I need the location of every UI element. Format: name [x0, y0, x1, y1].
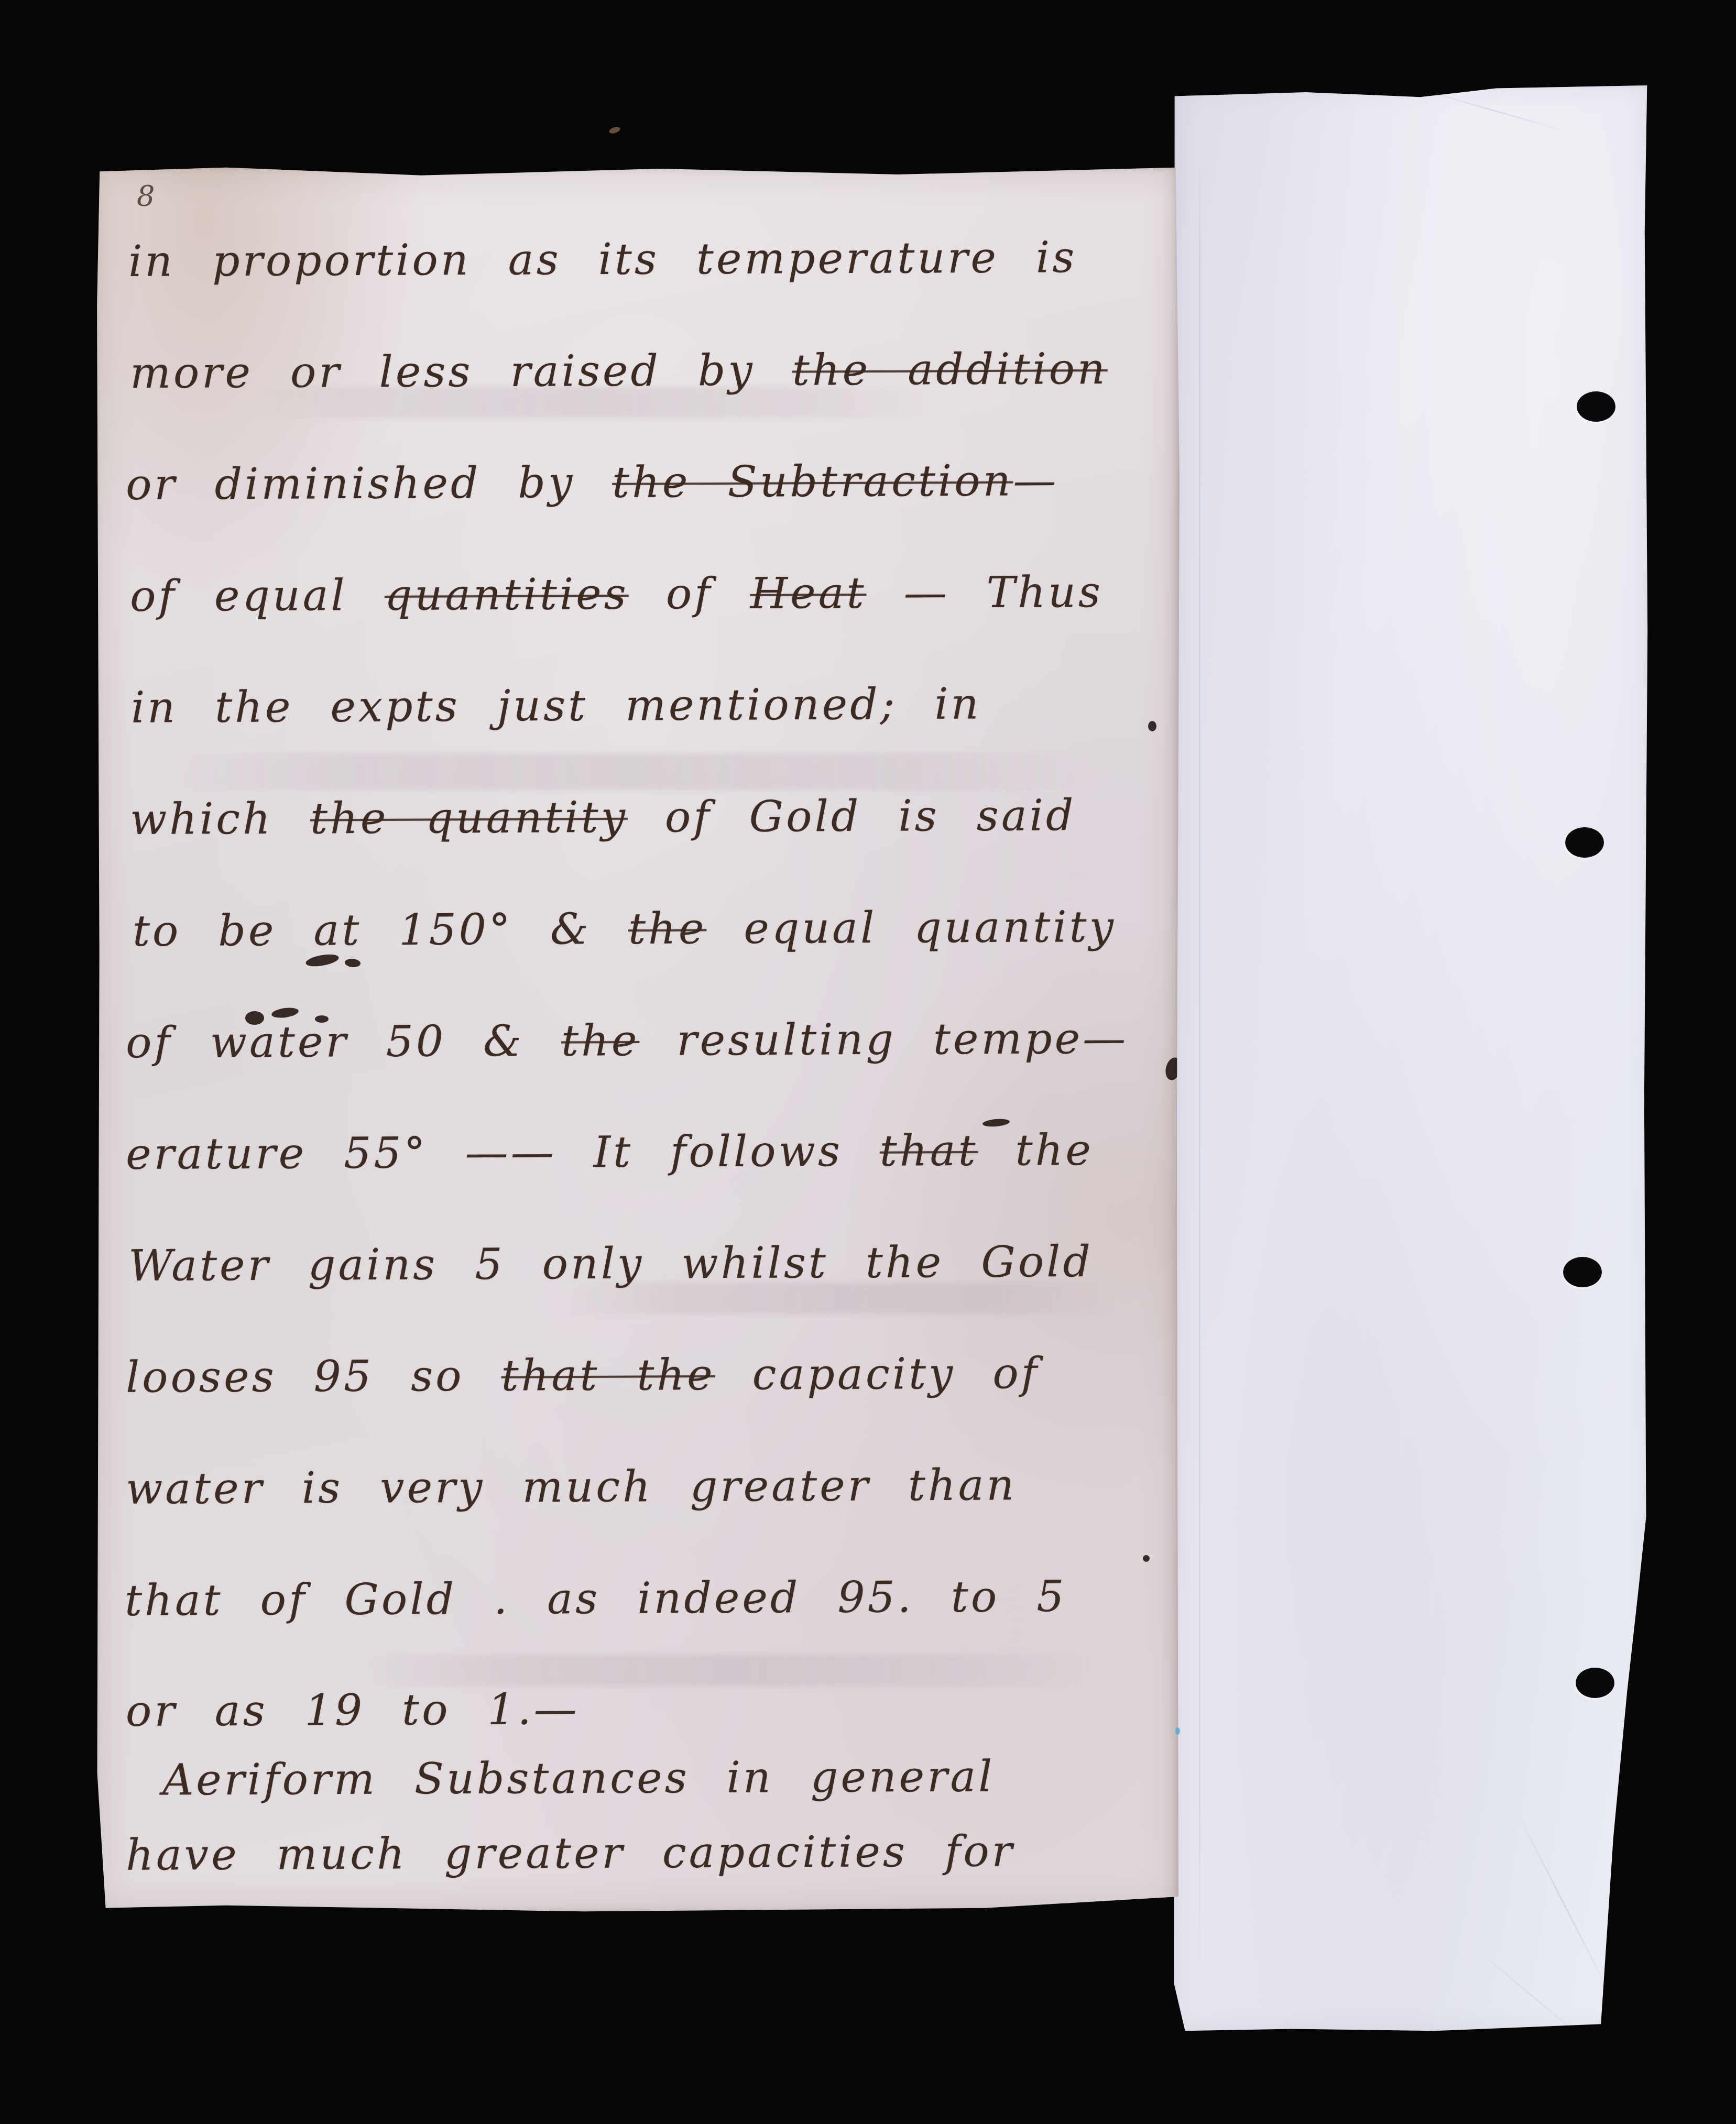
handwritten-words: looses 95 so: [126, 1351, 501, 1403]
struck-words: that: [880, 1126, 978, 1176]
manuscript-line: which the quantity of Gold is said: [130, 794, 1076, 841]
ink-blot: [1148, 721, 1156, 731]
handwritten-words: — Thus: [866, 567, 1103, 618]
handwritten-words: have much greater capacities for: [126, 1826, 1015, 1880]
page-number: 8: [137, 182, 155, 211]
backing-sheet: [1173, 85, 1648, 2033]
handwritten-words: of Gold is said: [628, 791, 1076, 842]
handwritten-words: erature 55° —— It follows: [126, 1126, 880, 1179]
manuscript-line: to be at 150° & the equal quantity: [133, 906, 1116, 953]
struck-words: the addition: [792, 344, 1108, 396]
handwritten-words: of equal: [130, 571, 385, 621]
ink-blot: [245, 1011, 264, 1025]
manuscript-line: Aeriform Substances in general: [162, 1756, 995, 1802]
struck-words: that the: [501, 1350, 715, 1401]
punch-hole: [1576, 1668, 1614, 1698]
handwritten-words: or as 19 to 1.—: [126, 1684, 580, 1736]
punch-hole: [1577, 391, 1615, 422]
struck-words: the quantity: [310, 793, 628, 844]
manuscript-line: or as 19 to 1.—: [126, 1688, 580, 1733]
handwritten-words: the: [978, 1125, 1094, 1176]
manuscript-line: in the expts just mentioned; in: [131, 683, 981, 729]
manuscript-line: Water gains 5 only whilst the Gold: [128, 1241, 1093, 1288]
struck-words: Heat: [750, 568, 866, 619]
blue-speck: [1175, 1727, 1180, 1735]
handwritten-words: of water 50 &: [126, 1016, 561, 1068]
handwritten-words: Aeriform Substances in general: [162, 1752, 995, 1805]
ink-blot: [1143, 1555, 1150, 1562]
manuscript-line: of water 50 & the resulting tempe—: [126, 1017, 1128, 1065]
manuscript-line: water is very much greater than: [126, 1464, 1017, 1510]
struck-words: the: [628, 904, 707, 954]
manuscript-line: have much greater capacities for: [126, 1830, 1015, 1877]
struck-words: quantities: [385, 570, 629, 620]
manuscript-line: in proportion as its temperature is: [128, 236, 1077, 283]
handwritten-words: Water gains 5 only whilst the Gold: [128, 1237, 1093, 1291]
handwritten-words: more or less raised by: [130, 346, 792, 399]
ink-blot: [315, 1015, 329, 1023]
handwritten-words: —: [1013, 456, 1058, 506]
struck-words: the: [561, 1016, 640, 1066]
show-through-smudge: [358, 1655, 1091, 1686]
handwritten-words: in proportion as its temperature is: [128, 233, 1077, 287]
photo-background: 8 in proportion as its temperature ismor…: [0, 0, 1736, 2124]
handwritten-words: to be at 150° &: [133, 904, 628, 956]
manuscript-line: that of Gold . as indeed 95. to 5: [125, 1575, 1067, 1623]
handwritten-words: resulting tempe—: [639, 1014, 1128, 1066]
manuscript-line: more or less raised by the addition: [130, 348, 1108, 395]
handwritten-words: of: [629, 569, 750, 619]
punch-hole: [1563, 1257, 1602, 1287]
handwritten-words: in the expts just mentioned; in: [131, 679, 981, 732]
struck-words: the Subtraction: [612, 456, 1013, 507]
manuscript-page: 8 in proportion as its temperature ismor…: [96, 167, 1180, 1912]
manuscript-line: of equal quantities of Heat — Thus: [130, 571, 1103, 618]
sheet-crease-vertical: [1199, 134, 1200, 1984]
sheet-crease-bottom: [1513, 1804, 1614, 2001]
punch-hole: [1565, 827, 1604, 858]
sheet-crease-bottom: [1466, 1940, 1599, 2052]
handwritten-words: that of Gold . as indeed 95. to 5: [125, 1572, 1067, 1626]
manuscript-line: erature 55° —— It follows that the: [126, 1129, 1094, 1176]
dust-speck: [608, 126, 621, 135]
handwritten-words: capacity of: [715, 1349, 1040, 1400]
handwritten-words: or diminished by: [126, 458, 613, 510]
sheet-crease-top: [1419, 89, 1570, 133]
handwritten-words: which: [130, 794, 310, 845]
manuscript-line: or diminished by the Subtraction—: [126, 459, 1059, 507]
manuscript-line: looses 95 so that the capacity of: [126, 1352, 1040, 1399]
handwritten-words: water is very much greater than: [126, 1460, 1017, 1514]
ink-blot: [344, 958, 361, 968]
show-through-smudge: [174, 753, 1091, 790]
handwritten-words: equal quantity: [706, 902, 1116, 954]
